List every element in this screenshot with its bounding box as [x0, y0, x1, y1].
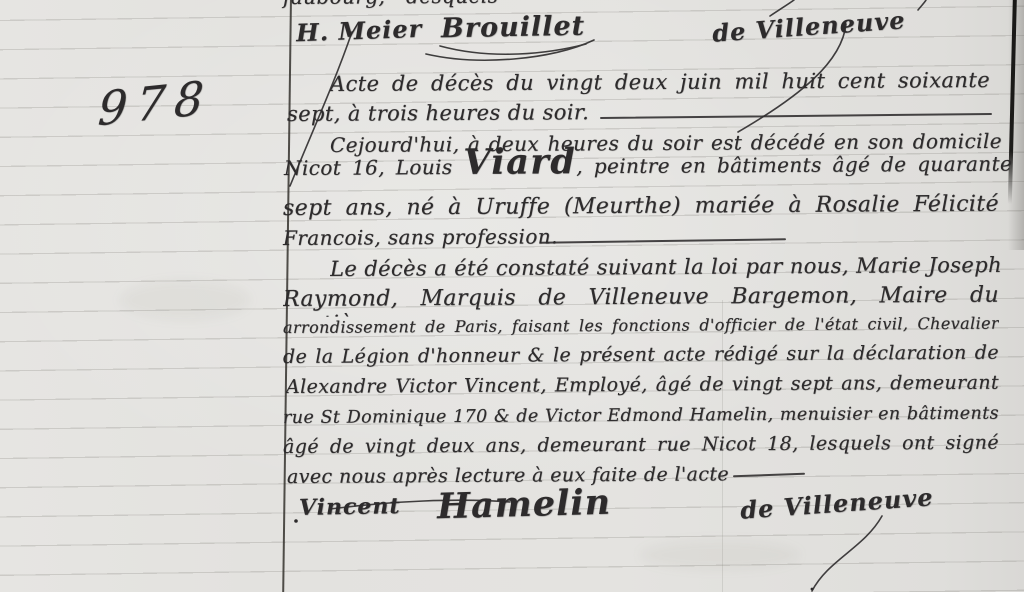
act-line: de la Légion d'honneur & le présent acte… — [283, 343, 999, 369]
act-line: Alexandre Victor Vincent, Employé, âgé d… — [286, 373, 999, 399]
deceased-name-prefix: Nicot 16, Louis — [284, 155, 463, 180]
signature-brouillet: Brouillet — [441, 11, 586, 45]
act-line: âgé de vingt deux ans, demeurant rue Nic… — [283, 433, 999, 459]
deceased-name-suffix: , peintre en bâtiments âgé de quarante — [576, 152, 1012, 179]
signature-hamelin: Hamelin — [436, 482, 611, 528]
act-line: Francois, sans profession. — [283, 225, 558, 250]
previous-act-fragment: faubourg, desquels — [283, 0, 498, 9]
act-line-deceased: Nicot 16, Louis Viard, peintre en bâtime… — [284, 153, 1012, 180]
act-line: Le décès a été constaté suivant la loi p… — [330, 253, 1002, 281]
paper-smudge — [120, 280, 250, 320]
paper-smudge — [640, 540, 800, 570]
deceased-surname: Viard — [463, 141, 576, 183]
act-line: sept, à trois heures du soir. — [287, 100, 589, 126]
signature-meier: H. Meier — [296, 14, 423, 47]
act-line: Acte de décès du vingt deux juin mil hui… — [330, 68, 990, 96]
death-register-scan: faubourg, desquels 978 H. Meier Brouille… — [0, 0, 1024, 592]
signature-vincent: Vincent — [299, 493, 401, 521]
act-line: sept ans, né à Uruffe (Meurthe) mariée à… — [283, 192, 999, 222]
act-line: Raymond, Marquis de Villeneuve Bargemon,… — [283, 283, 999, 317]
